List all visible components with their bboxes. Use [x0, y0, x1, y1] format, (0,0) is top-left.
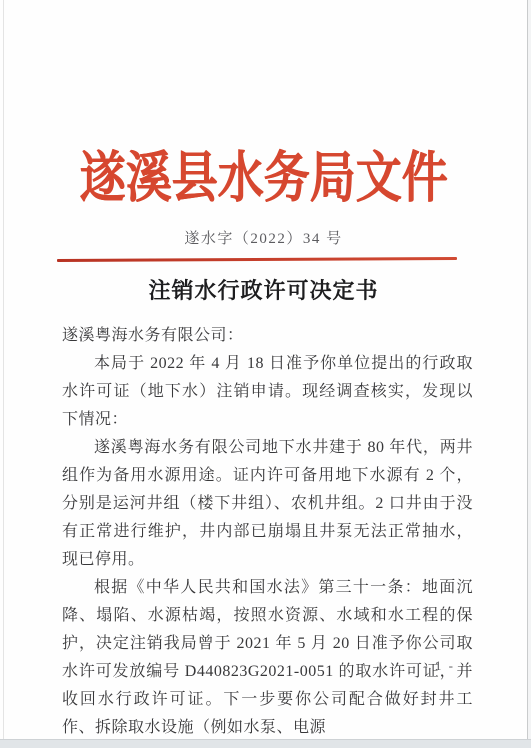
- page-edge-right: [527, 0, 528, 741]
- scanned-document-page: 遂溪县水务局文件 遂水字（2022）34 号 注销水行政许可决定书 遂溪粤海水务…: [0, 0, 531, 748]
- red-divider-rule: [57, 257, 457, 262]
- document-body: 遂溪粤海水务有限公司： 本局于 2022 年 4 月 18 日准予你单位提出的行…: [62, 322, 473, 742]
- document-title: 注销水行政许可决定书: [0, 274, 527, 305]
- body-paragraph-1: 本局于 2022 年 4 月 18 日准予你单位提出的行政取水许可证（地下水）注…: [62, 350, 473, 434]
- salutation-line: 遂溪粤海水务有限公司：: [62, 322, 473, 350]
- page-number: - 1 -: [0, 658, 455, 674]
- document-reference-number: 遂水字（2022）34 号: [0, 227, 527, 248]
- agency-letterhead-title: 遂溪县水务局文件: [0, 134, 527, 213]
- body-paragraph-2: 遂溪粤海水务有限公司地下水井建于 80 年代，两井组作为备用水源用途。证内许可备…: [62, 434, 473, 574]
- page-edge-left: [3, 0, 4, 740]
